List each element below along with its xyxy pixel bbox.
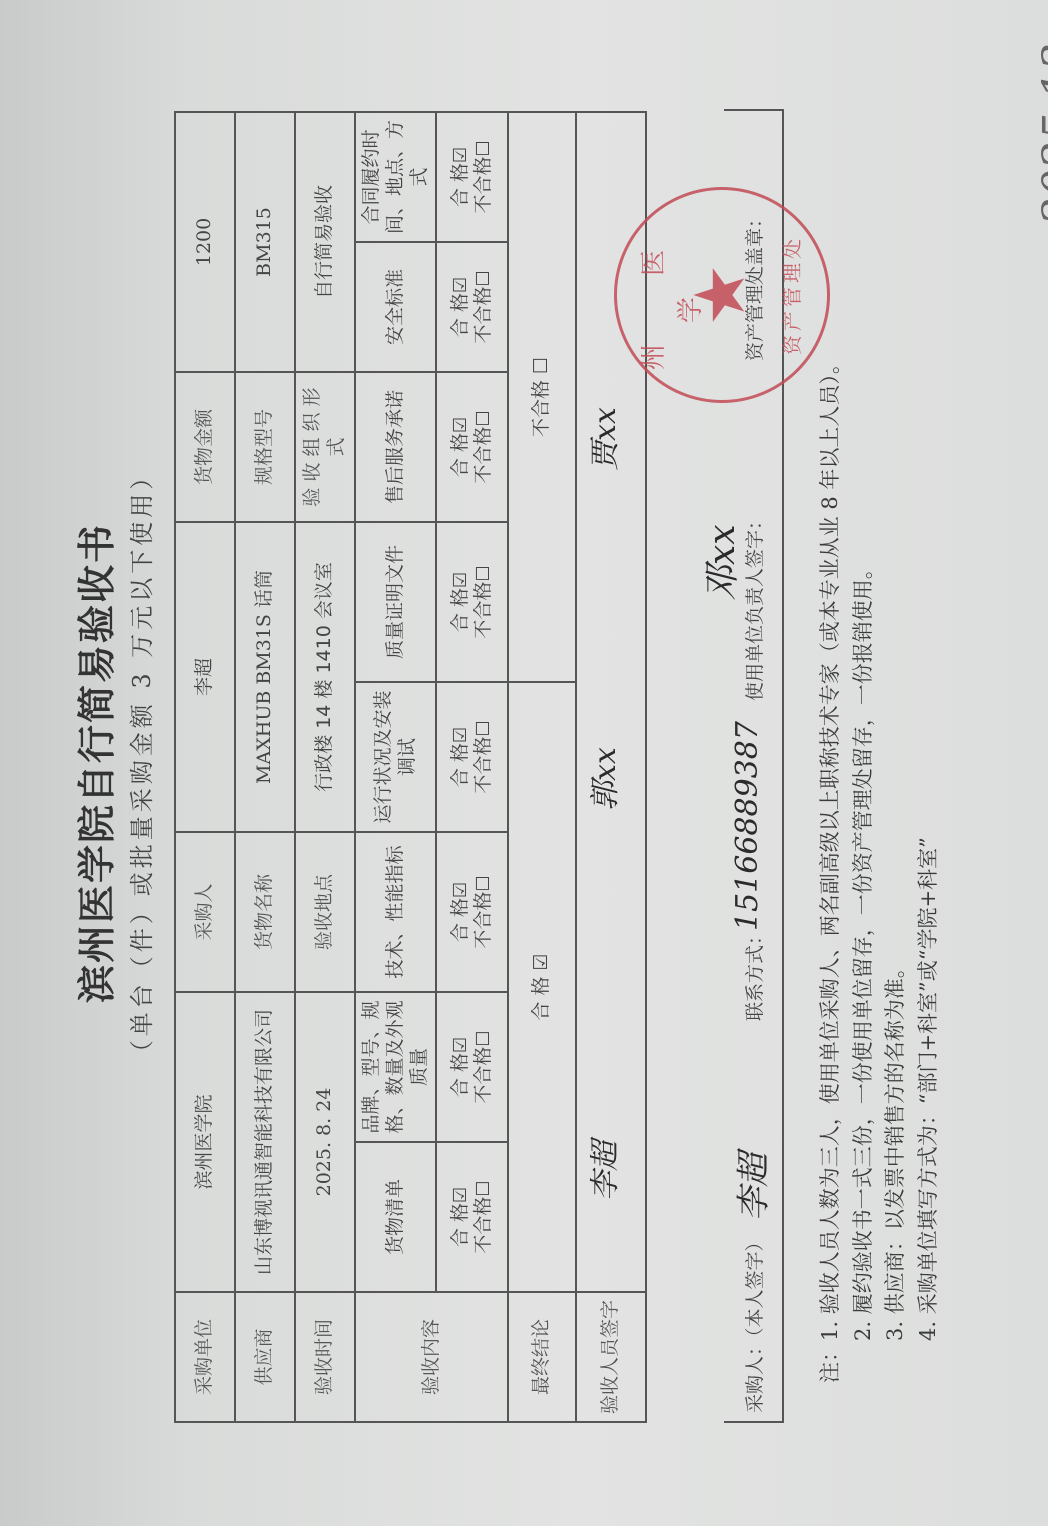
item-name: 运行状况及安装调试	[355, 682, 436, 832]
fail-label: 不合格	[472, 737, 494, 794]
fail-option[interactable]: 不合格☐	[472, 1149, 496, 1285]
time-label: 验收时间	[295, 1292, 355, 1422]
fail-option[interactable]: 不合格☐	[472, 529, 496, 675]
fail-option[interactable]: 不合格☐	[472, 689, 496, 825]
fail-option[interactable]: 不合格☐	[472, 379, 496, 515]
fail-label: 不合格	[472, 427, 494, 484]
content-label: 验收内容	[355, 1292, 508, 1422]
pass-option[interactable]: 合 格☑	[449, 119, 473, 235]
goods-name-value: MAXHUB BM31S 话筒	[235, 522, 295, 832]
buyer-label: 采购人	[175, 832, 235, 992]
buyer-value: 李超	[175, 522, 235, 832]
fail-checkbox[interactable]: ☐	[473, 720, 494, 736]
pass-option[interactable]: 合 格☑	[449, 999, 473, 1135]
purchaser-unit-label: 采购单位	[175, 1292, 235, 1422]
item-check-cell: 合 格☑不合格☐	[436, 112, 508, 242]
buyer-sign-label: 采购人：（本人签字）	[740, 1232, 767, 1413]
item-name: 安全标准	[355, 242, 436, 372]
supplier-label: 供应商	[235, 1292, 295, 1422]
item-name: 技术、性能指标	[355, 832, 436, 992]
fail-option[interactable]: 不合格☐	[472, 119, 496, 235]
fail-checkbox[interactable]: ☐	[473, 1030, 494, 1046]
pass-checkbox[interactable]: ☑	[450, 882, 471, 898]
pass-label: 合 格	[449, 433, 471, 477]
item-name: 售后服务承诺	[355, 372, 436, 522]
pass-label: 合 格	[449, 743, 471, 787]
pass-label: 合 格	[449, 898, 471, 942]
signature-2: 郭xx	[587, 747, 625, 811]
handwritten-margin-note: 2025.13	[1034, 43, 1048, 225]
buyer-signature: 李超	[726, 1153, 775, 1221]
pass-checkbox[interactable]: ☑	[450, 147, 471, 163]
final-label: 最终结论	[508, 1292, 576, 1422]
place-label: 验收地点	[295, 832, 355, 992]
row-final-conclusion: 最终结论 合 格 ☑ 不合格 ☐	[508, 112, 576, 1422]
final-fail-checkbox[interactable]: ☐	[530, 357, 552, 374]
supplier-value: 山东博视讯通智能科技有限公司	[235, 992, 295, 1292]
pass-checkbox[interactable]: ☑	[450, 1037, 471, 1053]
document-subtitle: （单台（件）或批量采购金额 3 万元以下使用）	[122, 33, 157, 1493]
model-label: 规格型号	[235, 372, 295, 522]
signature-1: 李超	[587, 1141, 625, 1201]
row-item-checks: 合 格☑不合格☐合 格☑不合格☐合 格☑不合格☐合 格☑不合格☐合 格☑不合格☐…	[436, 112, 508, 1422]
row-item-names: 验收内容 货物清单 品牌、型号、规格、数量及外观质量 技术、性能指标 运行状况及…	[355, 112, 436, 1422]
place-value: 行政楼 14 楼 1410 会议室	[295, 522, 355, 832]
fail-checkbox[interactable]: ☐	[473, 875, 494, 891]
fail-checkbox[interactable]: ☐	[473, 140, 494, 156]
goods-name-label: 货物名称	[235, 832, 295, 992]
note-1: 注：1. 验收人员人数为三人，使用单位采购人、两名副高级以上职称技术专家（或本专…	[814, 133, 847, 1383]
fail-option[interactable]: 不合格☐	[472, 999, 496, 1135]
pass-option[interactable]: 合 格☑	[449, 249, 473, 365]
org-form-value: 自行简易验收	[295, 112, 355, 372]
pass-checkbox[interactable]: ☑	[450, 277, 471, 293]
item-check-cell: 合 格☑不合格☐	[436, 522, 508, 682]
note-3: 3. 供应商：以发票中销售方的名称为准。	[879, 133, 912, 1383]
org-form-label: 验 收 组 织 形式	[295, 372, 355, 522]
pass-option[interactable]: 合 格☑	[449, 529, 473, 675]
fail-label: 不合格	[472, 287, 494, 344]
model-value: BM315	[235, 112, 295, 372]
row-purchaser: 采购单位 滨州医学院 采购人 李超 货物金额 1200	[175, 112, 235, 1422]
item-name: 货物清单	[355, 1142, 436, 1292]
final-fail-label: 不合格	[530, 380, 552, 437]
item-check-cell: 合 格☑不合格☐	[436, 832, 508, 992]
time-value: 2025. 8. 24	[295, 992, 355, 1292]
pass-checkbox[interactable]: ☑	[450, 1187, 471, 1203]
amount-label: 货物金额	[175, 372, 235, 522]
fail-label: 不合格	[472, 157, 494, 214]
item-check-cell: 合 格☑不合格☐	[436, 992, 508, 1142]
final-pass-checkbox[interactable]: ☑	[530, 953, 552, 970]
note-2: 2. 履约验收书一式三份，一份使用单位留存，一份资产管理处留存，一份报销使用。	[847, 133, 880, 1383]
final-pass[interactable]: 合 格 ☑	[508, 682, 576, 1292]
item-name: 合同履约时间、地点、方式	[355, 112, 436, 242]
item-name: 质量证明文件	[355, 522, 436, 682]
signers-label: 验收人员签字	[576, 1292, 646, 1422]
fail-checkbox[interactable]: ☐	[473, 270, 494, 286]
pass-checkbox[interactable]: ☑	[450, 417, 471, 433]
note-4: 4. 采购单位填写方式为：“部门+科室”或“学院+科室”	[912, 133, 945, 1383]
pass-label: 合 格	[449, 293, 471, 337]
final-fail[interactable]: 不合格 ☐	[508, 112, 576, 682]
pass-label: 合 格	[449, 1053, 471, 1097]
document-title: 滨州医学院自行简易验收书	[66, 33, 121, 1493]
acceptance-form-sheet: 滨州医学院自行简易验收书 （单台（件）或批量采购金额 3 万元以下使用） 采购单…	[24, 33, 1024, 1493]
row-supplier: 供应商 山东博视讯通智能科技有限公司 货物名称 MAXHUB BM31S 话筒 …	[235, 112, 295, 1422]
pass-label: 合 格	[449, 163, 471, 207]
pass-option[interactable]: 合 格☑	[449, 689, 473, 825]
notes-block: 注：1. 验收人员人数为三人，使用单位采购人、两名副高级以上职称技术专家（或本专…	[814, 133, 944, 1383]
official-seal-stamp: 州 医 学 ★ 资产管理处	[614, 187, 830, 403]
star-icon: ★	[679, 190, 761, 400]
item-check-cell: 合 格☑不合格☐	[436, 682, 508, 832]
fail-label: 不合格	[472, 1047, 494, 1104]
final-pass-label: 合 格	[530, 977, 552, 1021]
signature-3: 贾xx	[587, 407, 625, 471]
pass-label: 合 格	[449, 1203, 471, 1247]
pass-option[interactable]: 合 格☑	[449, 1149, 473, 1285]
contact-value: 15166889387	[730, 721, 765, 931]
acceptance-table: 采购单位 滨州医学院 采购人 李超 货物金额 1200 供应商 山东博视讯通智能…	[174, 111, 647, 1423]
pass-checkbox[interactable]: ☑	[450, 727, 471, 743]
contact-label: 联系方式：	[740, 926, 767, 1021]
fail-checkbox[interactable]: ☐	[473, 410, 494, 426]
pass-checkbox[interactable]: ☑	[450, 572, 471, 588]
fail-checkbox[interactable]: ☐	[473, 1180, 494, 1196]
item-check-cell: 合 格☑不合格☐	[436, 242, 508, 372]
fail-label: 不合格	[472, 1197, 494, 1254]
seal-inner-text: 资产管理处	[776, 190, 805, 400]
fail-checkbox[interactable]: ☐	[473, 565, 494, 581]
fail-label: 不合格	[472, 582, 494, 639]
fail-option[interactable]: 不合格☐	[472, 839, 496, 985]
fail-label: 不合格	[472, 892, 494, 949]
item-check-cell: 合 格☑不合格☐	[436, 1142, 508, 1292]
fail-option[interactable]: 不合格☐	[472, 249, 496, 365]
pass-label: 合 格	[449, 588, 471, 632]
purchaser-unit-value: 滨州医学院	[175, 992, 235, 1292]
amount-value: 1200	[175, 112, 235, 372]
item-check-cell: 合 格☑不合格☐	[436, 372, 508, 522]
pass-option[interactable]: 合 格☑	[449, 379, 473, 515]
pass-option[interactable]: 合 格☑	[449, 839, 473, 985]
row-time-place: 验收时间 2025. 8. 24 验收地点 行政楼 14 楼 1410 会议室 …	[295, 112, 355, 1422]
item-name: 品牌、型号、规格、数量及外观质量	[355, 992, 436, 1142]
unit-head-signature: 邓xx	[694, 524, 745, 601]
